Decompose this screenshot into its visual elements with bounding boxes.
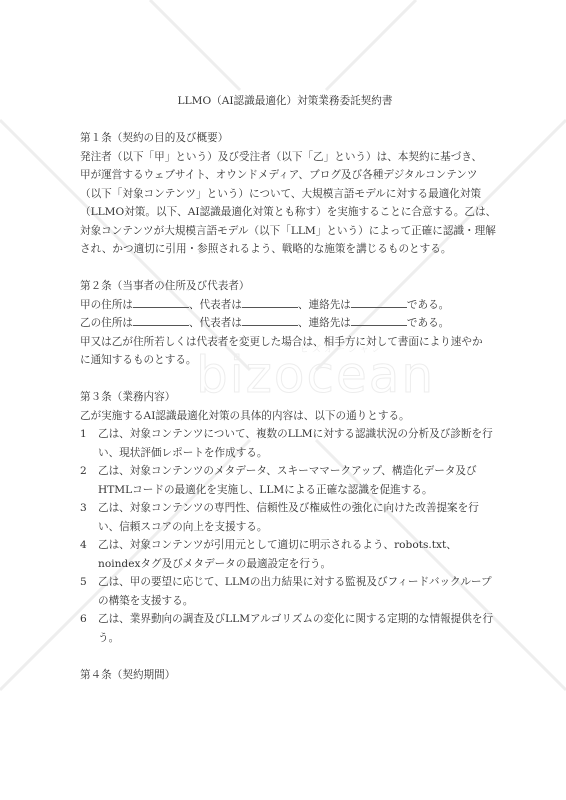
- text-line: 乙は、対象コンテンツのメタデータ、スキーママークアップ、構造化データ及び: [98, 462, 490, 481]
- article-3-heading: 第３条（業務内容）: [80, 388, 490, 407]
- text-line: HTMLコードの最適化を実施し、LLMによる正確な認識を促進する。: [98, 481, 490, 500]
- text-line: 甲又は乙が住所若しくは代表者を変更した場合は、相手方に対して書面により速やか: [80, 333, 490, 352]
- blank-address-field[interactable]: [133, 314, 189, 326]
- document-title: LLMO（AI認識最適化）対策業務委託契約書: [80, 92, 490, 111]
- article-3-intro: 乙が実施するAI認識最適化対策の具体的内容は、以下の通りとする。: [80, 407, 490, 426]
- text-line: 乙は、業界動向の調査及びLLMアルゴリズムの変化に関する定期的な情報提供を行: [98, 610, 493, 629]
- list-item: 1 乙は、対象コンテンツについて、複数のLLMに対する認識状況の分析及び診断を行…: [80, 425, 490, 462]
- article-1-heading: 第１条（契約の目的及び概要）: [80, 129, 490, 148]
- article-2-heading: 第２条（当事者の住所及び代表者）: [80, 277, 490, 296]
- article-2-body: 甲の住所は、代表者は、連絡先はである。 乙の住所は、代表者は、連絡先はである。 …: [80, 296, 490, 370]
- blank-contact-field[interactable]: [351, 296, 407, 308]
- label-address: 乙の住所は: [80, 317, 133, 329]
- item-number: 2: [80, 462, 98, 499]
- label-suffix: である。: [407, 299, 449, 311]
- item-number: 1: [80, 425, 98, 462]
- document-page: ビズオーシャン bizocean LLMO（AI認識最適化）対策業務委託契約書 …: [0, 0, 566, 800]
- label-contact: 、連絡先は: [298, 317, 351, 329]
- blank-representative-field[interactable]: [242, 296, 298, 308]
- document-body: LLMO（AI認識最適化）対策業務委託契約書 第１条（契約の目的及び概要） 発注…: [80, 92, 490, 684]
- text-line: され、かつ適切に引用・参照されるよう、戦略的な施策を講じるものとする。: [80, 240, 490, 259]
- article-1-body: 発注者（以下「甲」という）及び受注者（以下「乙」という）は、本契約に基づき、 甲…: [80, 148, 490, 259]
- text-line: の構築を支援する。: [98, 592, 492, 611]
- article-4-heading: 第４条（契約期間）: [80, 666, 490, 685]
- blank-contact-field[interactable]: [351, 314, 407, 326]
- label-representative: 、代表者は: [189, 317, 242, 329]
- text-line: 乙は、対象コンテンツの専門性、信頼性及び権威性の強化に向けた改善提案を行: [98, 499, 490, 518]
- party-b-fill-line: 乙の住所は、代表者は、連絡先はである。: [80, 314, 490, 333]
- text-line: う。: [98, 629, 493, 648]
- text-line: い、信頼スコアの向上を支援する。: [98, 518, 490, 537]
- label-representative: 、代表者は: [189, 299, 242, 311]
- text-line: 甲が運営するウェブサイト、オウンドメディア、ブログ及び各種デジタルコンテンツ: [80, 166, 490, 185]
- label-address: 甲の住所は: [80, 299, 133, 311]
- item-number: 4: [80, 536, 98, 573]
- party-a-fill-line: 甲の住所は、代表者は、連絡先はである。: [80, 296, 490, 315]
- text-line: 発注者（以下「甲」という）及び受注者（以下「乙」という）は、本契約に基づき、: [80, 148, 490, 167]
- blank-representative-field[interactable]: [242, 314, 298, 326]
- list-item: 3 乙は、対象コンテンツの専門性、信頼性及び権威性の強化に向けた改善提案を行 い…: [80, 499, 490, 536]
- list-item: 2 乙は、対象コンテンツのメタデータ、スキーママークアップ、構造化データ及び H…: [80, 462, 490, 499]
- text-line: 乙は、対象コンテンツについて、複数のLLMに対する認識状況の分析及び診断を行: [98, 425, 493, 444]
- text-line: い、現状評価レポートを作成する。: [98, 444, 493, 463]
- label-contact: 、連絡先は: [298, 299, 351, 311]
- text-line: （以下「対象コンテンツ」という）について、大規模言語モデルに対する最適化対策: [80, 185, 490, 204]
- text-line: 乙は、甲の要望に応じて、LLMの出力結果に対する監視及びフィードバックループ: [98, 573, 492, 592]
- label-suffix: である。: [407, 317, 449, 329]
- text-line: 乙は、対象コンテンツが引用元として適切に明示されるよう、robots.txt、: [98, 536, 490, 555]
- item-number: 6: [80, 610, 98, 647]
- text-line: noindexタグ及びメタデータの最適設定を行う。: [98, 555, 490, 574]
- blank-address-field[interactable]: [133, 296, 189, 308]
- item-number: 5: [80, 573, 98, 610]
- item-number: 3: [80, 499, 98, 536]
- text-line: に通知するものとする。: [80, 351, 490, 370]
- list-item: 5 乙は、甲の要望に応じて、LLMの出力結果に対する監視及びフィードバックループ…: [80, 573, 490, 610]
- list-item: 6 乙は、業界動向の調査及びLLMアルゴリズムの変化に関する定期的な情報提供を行…: [80, 610, 490, 647]
- text-line: （LLMO対策。以下、AI認識最適化対策とも称す）を実施することに合意する。乙は…: [80, 203, 490, 222]
- text-line: 対象コンテンツが大規模言語モデル（以下「LLM」という）によって正確に認識・理解: [80, 222, 490, 241]
- list-item: 4 乙は、対象コンテンツが引用元として適切に明示されるよう、robots.txt…: [80, 536, 490, 573]
